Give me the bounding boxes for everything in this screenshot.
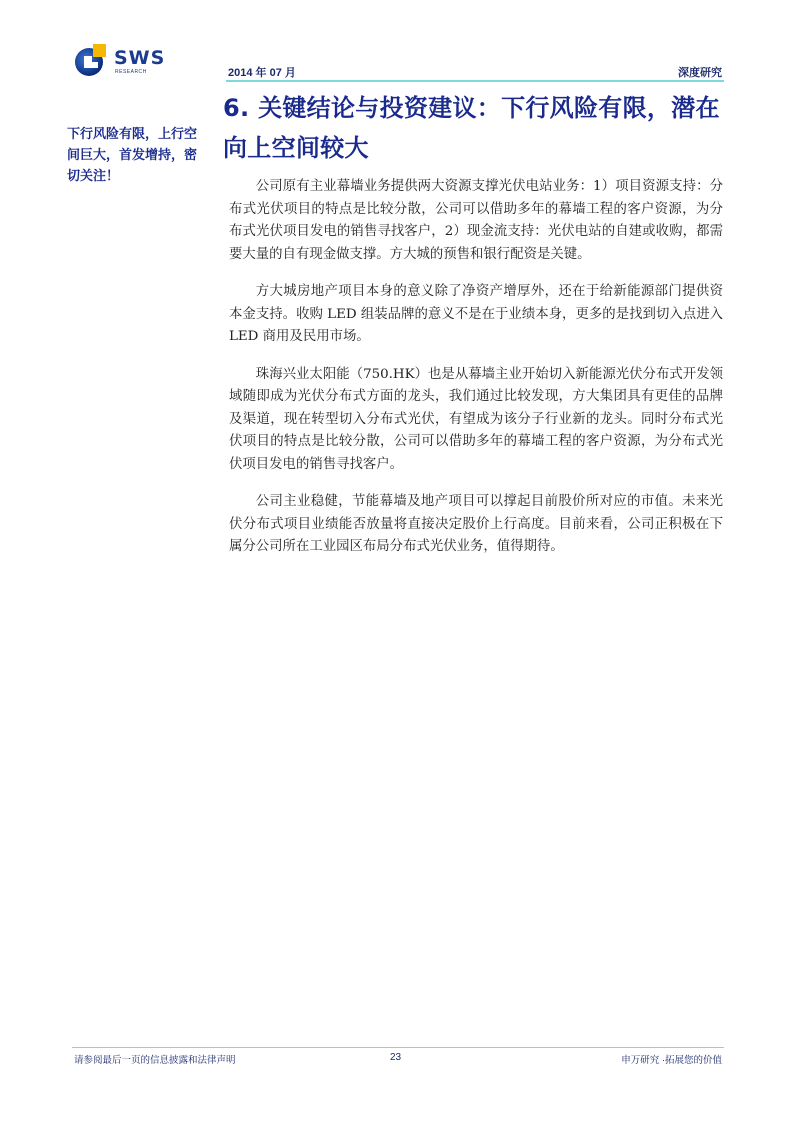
report-type: 深度研究 xyxy=(678,64,722,80)
header-divider xyxy=(226,80,724,82)
paragraph: 方大城房地产项目本身的意义除了净资产增厚外，还在于给新能源部门提供资本金支持。收… xyxy=(229,281,723,349)
section-title: 6. 关键结论与投资建议：下行风险有限，潜在向上空间较大 xyxy=(223,88,728,168)
footer-divider xyxy=(72,1047,724,1048)
footer-slogan: 申万研究 ·拓展您的价值 xyxy=(621,1052,722,1066)
sidebar-highlight-note: 下行风险有限，上行空间巨大，首发增持，密切关注！ xyxy=(67,124,207,187)
footer-disclaimer: 请参阅最后一页的信息披露和法律声明 xyxy=(74,1052,236,1066)
paragraph: 珠海兴业太阳能（750.HK）也是从幕墙主业开始切入新能源光伏分布式开发领域随即… xyxy=(229,364,723,477)
sws-logo: SWS RESEARCH xyxy=(74,38,174,78)
paragraph: 公司主业稳健，节能幕墙及地产项目可以撑起目前股价所对应的市值。未来光伏分布式项目… xyxy=(229,491,723,559)
paragraph: 公司原有主业幕墙业务提供两大资源支撑光伏电站业务：1）项目资源支持：分布式光伏项… xyxy=(229,176,723,266)
sws-logo-icon xyxy=(74,42,110,78)
logo-text: SWS xyxy=(114,47,165,69)
section-body: 公司原有主业幕墙业务提供两大资源支撑光伏电站业务：1）项目资源支持：分布式光伏项… xyxy=(229,176,723,574)
report-date: 2014 年 07 月 xyxy=(228,64,296,80)
logo-subtext: RESEARCH xyxy=(115,69,147,75)
page-number: 23 xyxy=(390,1052,401,1063)
